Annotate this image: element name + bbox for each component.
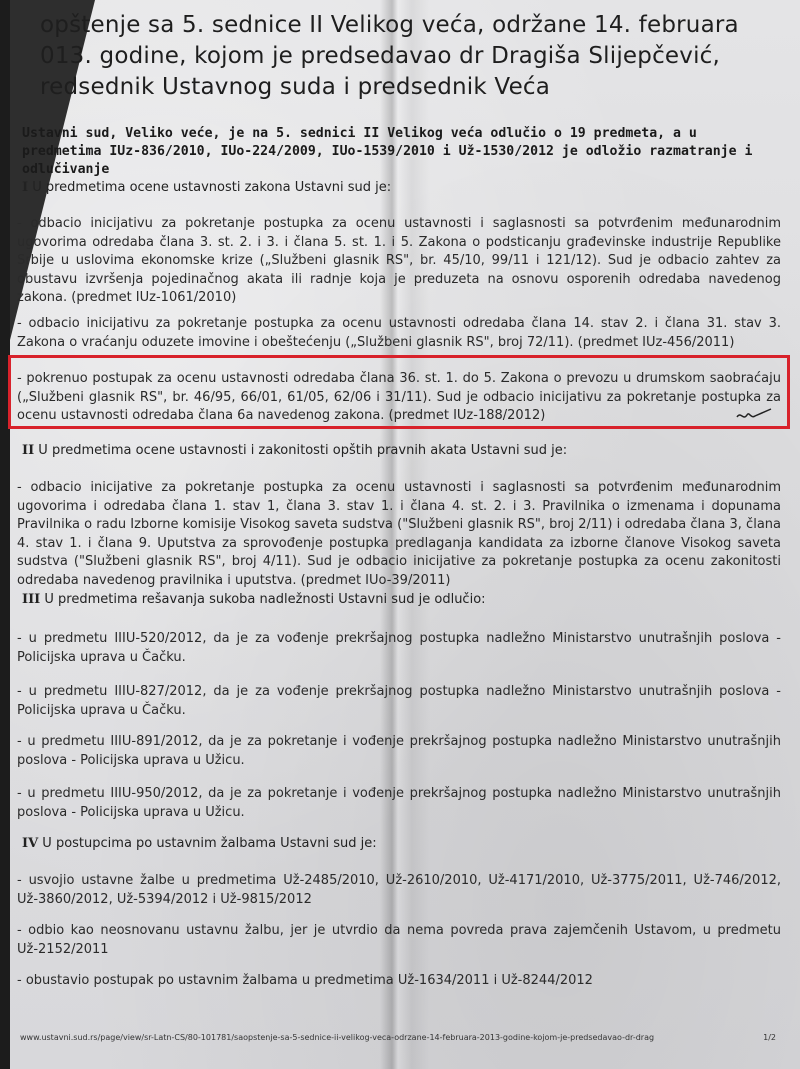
- list-item: - obustavio postupak po ustavnim žalbama…: [17, 972, 781, 991]
- list-item: - odbacio inicijative za pokretanje post…: [17, 479, 781, 590]
- section-heading-3: III U predmetima rešavanja sukoba nadlež…: [22, 592, 486, 607]
- list-item: - u predmetu IIIU-827/2012, da je za vođ…: [17, 683, 781, 720]
- section-numeral: II: [22, 443, 34, 458]
- section-heading-text: U postupcima po ustavnim žalbama Ustavni…: [38, 836, 376, 851]
- list-item: - u predmetu IIIU-950/2012, da je za pok…: [17, 785, 781, 822]
- list-item: - odbacio inicijativu za pokretanje post…: [17, 315, 781, 352]
- page-edge: [0, 0, 10, 1069]
- section-heading-1: I U predmetima ocene ustavnosti zakona U…: [22, 180, 391, 195]
- title-line: opštenje sa 5. sednice II Velikog veća, …: [40, 10, 780, 41]
- section-heading-text: U predmetima rešavanja sukoba nadležnost…: [40, 592, 485, 607]
- page-footer: www.ustavni.sud.rs/page/view/sr-Latn-CS/…: [20, 1033, 790, 1042]
- list-item: - u predmetu IIIU-520/2012, da je za vođ…: [17, 630, 781, 667]
- section-numeral: III: [22, 592, 40, 607]
- section-heading-text: U predmetima ocene ustavnosti zakona Ust…: [28, 180, 391, 195]
- title-line: 013. godine, kojom je predsedavao dr Dra…: [40, 41, 780, 72]
- list-item: - u predmetu IIIU-891/2012, da je za pok…: [17, 733, 781, 770]
- section-heading-text: U predmetima ocene ustavnosti i zakonito…: [34, 443, 567, 458]
- title-line: redsednik Ustavnog suda i predsednik Već…: [40, 72, 780, 103]
- section-numeral: IV: [22, 836, 38, 851]
- list-item: - usvojio ustavne žalbe u predmetima Už-…: [17, 872, 781, 909]
- list-item: - odbio kao neosnovanu ustavnu žalbu, je…: [17, 922, 781, 959]
- section-heading-2: II U predmetima ocene ustavnosti i zakon…: [22, 443, 567, 458]
- list-item: - odbacio inicijativu za pokretanje post…: [17, 215, 781, 308]
- document-title: opštenje sa 5. sednice II Velikog veća, …: [40, 10, 780, 103]
- intro-paragraph: Ustavni sud, Veliko veće, je na 5. sedni…: [22, 125, 782, 179]
- section-heading-4: IV U postupcima po ustavnim žalbama Usta…: [22, 836, 377, 851]
- page-number: 1/2: [763, 1033, 776, 1042]
- list-item-highlighted: - pokrenuo postupak za ocenu ustavnosti …: [17, 370, 781, 426]
- source-url: www.ustavni.sud.rs/page/view/sr-Latn-CS/…: [20, 1033, 654, 1042]
- handwritten-signature: [735, 405, 775, 423]
